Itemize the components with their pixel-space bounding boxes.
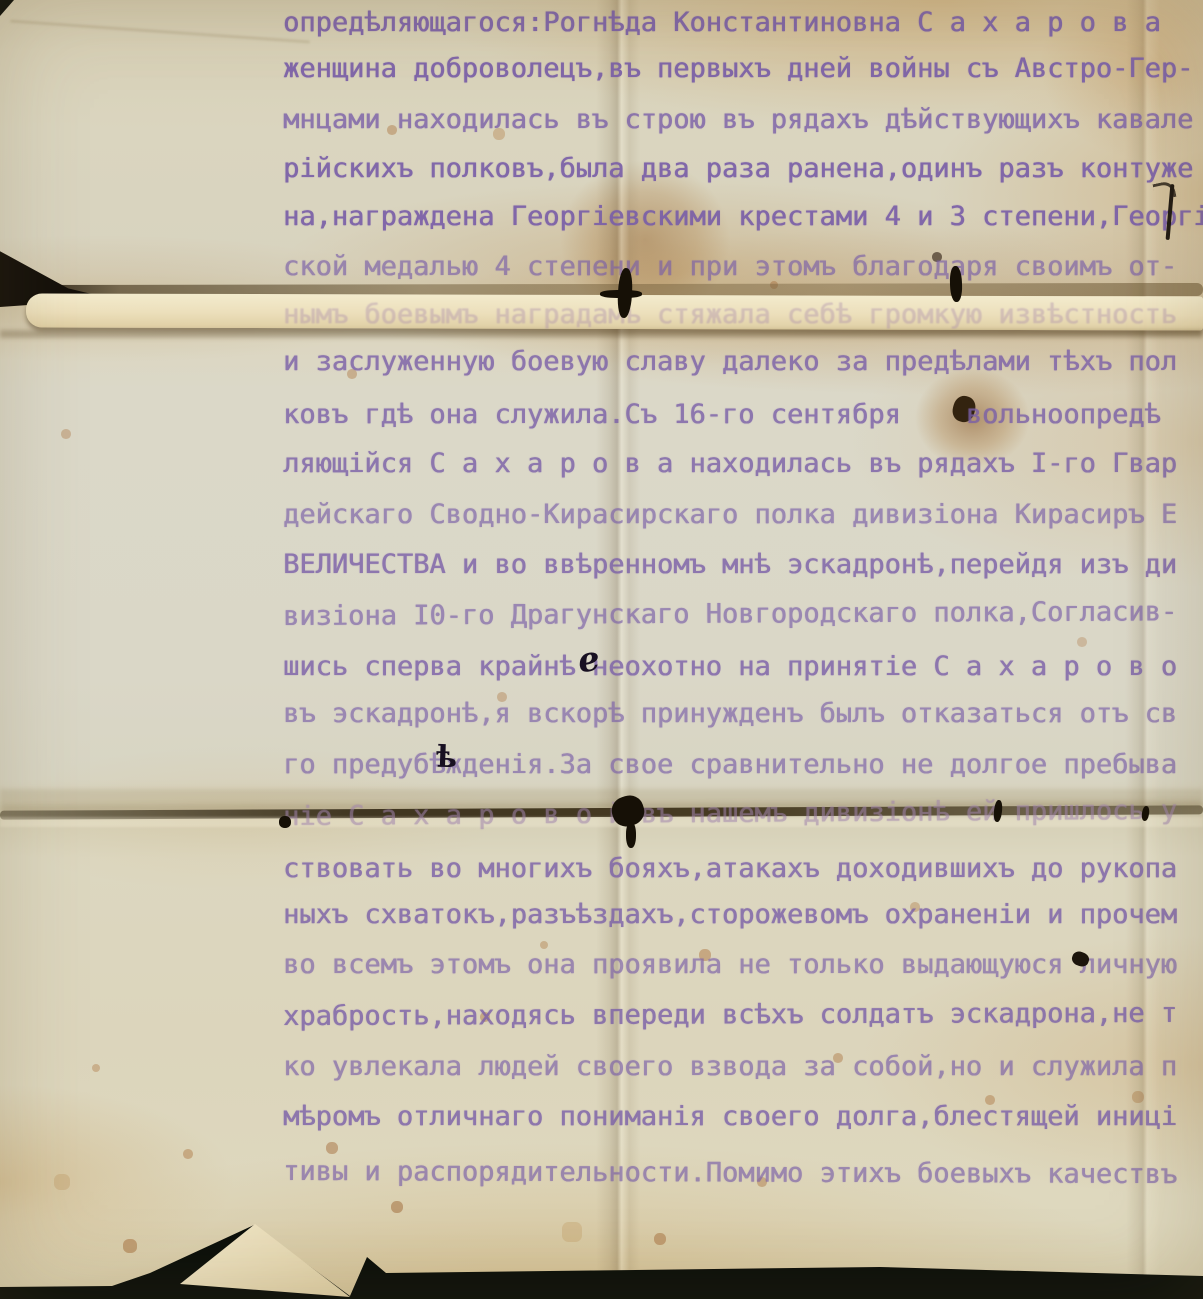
ink-blot-upper-fold-smear — [600, 290, 642, 298]
typewritten-line-6: ской медалью 4 степени и при этомъ благо… — [283, 250, 1177, 284]
typewritten-line-9: ковъ гдѣ она служила.Съ 16-го сентября в… — [283, 398, 1161, 432]
typewritten-line-10: ляющійся С а х а р о в а находилась въ р… — [283, 447, 1177, 481]
typewritten-line-4: рійскихъ полковъ,была два раза ранена,од… — [283, 152, 1193, 186]
typewritten-line-1: опредѣляющагося:Рогнѣда Константиновна С… — [283, 6, 1161, 40]
typewritten-line-17: ніе С а х а р о в о й въ нашемъ дивизіон… — [283, 794, 1177, 834]
typewritten-text-block: опредѣляющагося:Рогнѣда Константиновна С… — [0, 0, 1203, 1299]
document-scan: опредѣляющагося:Рогнѣда Константиновна С… — [0, 0, 1203, 1299]
typewritten-line-11: дейскаго Сводно-Кирасирскаго полка дивиз… — [283, 498, 1177, 532]
typewritten-line-16: го предубѣжденія.За свое сравнительно не… — [283, 748, 1177, 782]
typewritten-line-18: ствовать во многихъ бояхъ,атакахъ доходи… — [283, 852, 1177, 886]
typewritten-line-24: тивы и распорядительности.Помимо этихъ б… — [283, 1155, 1177, 1192]
typewritten-line-21: храбрость,находясь впереди всѣхъ солдатъ… — [283, 997, 1177, 1034]
typewritten-line-19: ныхъ схватокъ,разъѣздахъ,сторожевомъ охр… — [283, 898, 1177, 932]
ink-dot-left-margin — [279, 816, 291, 828]
typewritten-line-22: ко увлекала людей своего взвода за собой… — [283, 1050, 1177, 1084]
typewritten-line-20: во всемъ этомъ она проявила не только вы… — [283, 948, 1177, 982]
typewritten-line-7: нымъ боевымъ наградамъ стяжала себѣ гром… — [283, 298, 1177, 332]
handwritten-correction-yat: ѣ — [435, 740, 457, 776]
typewritten-line-5: на,награждена Георгіевскими крестами 4 и… — [283, 200, 1203, 234]
typewritten-line-8: и заслуженную боевую славу далеко за пре… — [283, 345, 1177, 379]
typewritten-line-15: въ эскадронѣ,я вскорѣ принужденъ былъ от… — [283, 697, 1177, 731]
typewritten-line-12: ВЕЛИЧЕСТВА и во ввѣренномъ мнѣ эскадронѣ… — [283, 548, 1177, 582]
typewritten-line-23: мѣромъ отличнаго пониманія своего долга,… — [283, 1100, 1177, 1134]
typewritten-line-13: визіона I0-го Драгунскаго Новгородскаго … — [283, 595, 1177, 634]
typewritten-line-3: мнцами находилась въ строю въ рядахъ дѣй… — [283, 103, 1193, 137]
ink-blot-lower-fold-tail — [626, 822, 636, 848]
typewritten-line-2: женщина доброволецъ,въ первыхъ дней войн… — [283, 52, 1193, 86]
typewritten-line-14: шись сперва крайнѣ неохотно на принятіе … — [283, 650, 1177, 684]
